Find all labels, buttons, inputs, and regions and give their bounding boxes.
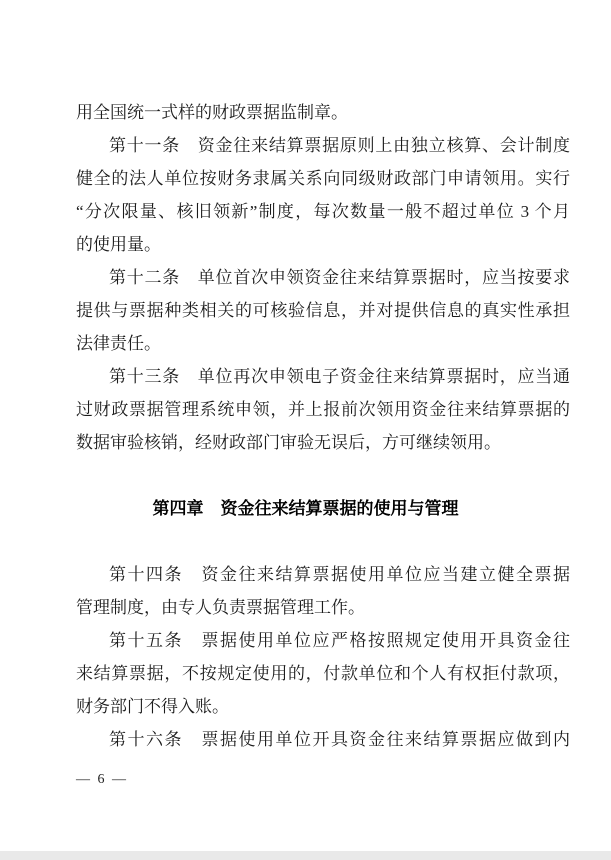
document-page: 用全国统一式样的财政票据监制章。 第十一条 资金往来结算票据原则上由独立核算、会… xyxy=(0,0,611,860)
article-12-line: 法律责任。 xyxy=(76,327,570,360)
paragraph-line: 用全国统一式样的财政票据监制章。 xyxy=(76,96,570,129)
article-15-line: 来结算票据，不按规定使用的，付款单位和个人有权拒付款项， xyxy=(76,657,570,690)
page-number: — 6 — xyxy=(76,770,128,790)
article-11-line: 第十一条 资金往来结算票据原则上由独立核算、会计制度 xyxy=(76,129,570,162)
article-12-line: 提供与票据种类相关的可核验信息，并对提供信息的真实性承担 xyxy=(76,294,570,327)
document-body: 用全国统一式样的财政票据监制章。 第十一条 资金往来结算票据原则上由独立核算、会… xyxy=(76,96,570,756)
article-13-line: 过财政票据管理系统申领，并上报前次领用资金往来结算票据的 xyxy=(76,393,570,426)
article-16-line: 第十六条 票据使用单位开具资金往来结算票据应做到内 xyxy=(76,723,570,756)
chapter-heading: 第四章 资金往来结算票据的使用与管理 xyxy=(0,492,611,525)
article-14-line: 第十四条 资金往来结算票据使用单位应当建立健全票据 xyxy=(76,558,570,591)
article-11-line: 健全的法人单位按财务隶属关系向同级财政部门申请领用。实行 xyxy=(76,162,570,195)
scan-edge-artifact xyxy=(0,851,611,860)
article-13-line: 数据审验核销，经财政部门审验无误后，方可继续领用。 xyxy=(76,426,570,459)
article-14-line: 管理制度，由专人负责票据管理工作。 xyxy=(76,591,570,624)
article-11-line: 的使用量。 xyxy=(76,228,570,261)
article-12-line: 第十二条 单位首次申领资金往来结算票据时，应当按要求 xyxy=(76,261,570,294)
article-15-line: 第十五条 票据使用单位应严格按照规定使用开具资金往 xyxy=(76,624,570,657)
article-11-line: “分次限量、核旧领新”制度，每次数量一般不超过单位 3 个月 xyxy=(76,195,570,228)
article-13-line: 第十三条 单位再次申领电子资金往来结算票据时，应当通 xyxy=(76,360,570,393)
article-15-line: 财务部门不得入账。 xyxy=(76,690,570,723)
